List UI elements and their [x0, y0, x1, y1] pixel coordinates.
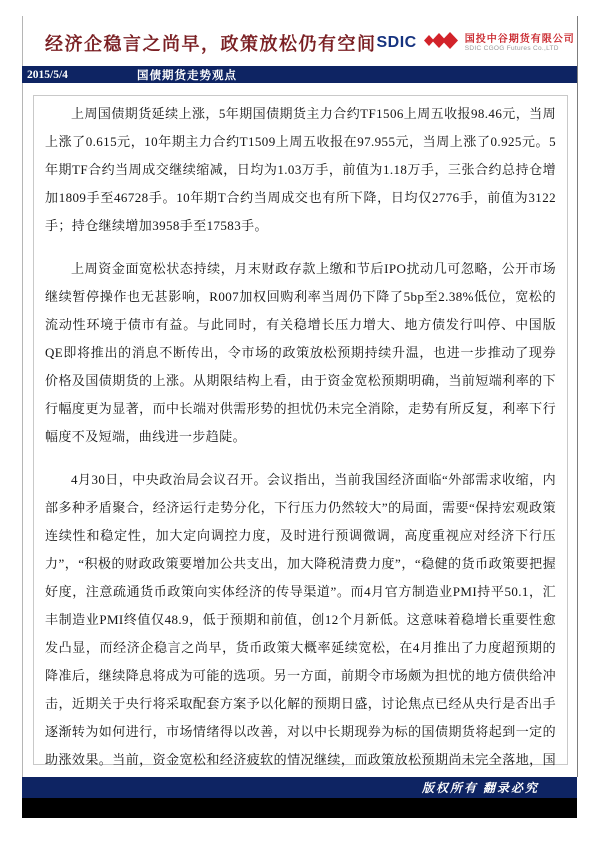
company-name-cn: 国投中谷期货有限公司 — [465, 34, 575, 46]
section-header-bar: 2015/5/4 国债期货走势观点 — [22, 66, 577, 83]
footer-bar: 版权所有 翻录必究 — [22, 777, 577, 798]
footer-black-bar — [22, 798, 577, 818]
report-page: 经济企稳言之尚早，政策放松仍有空间 SDIC 国投中谷期货有限公司 SDIC C… — [0, 0, 595, 842]
paragraph-market-review: 上周国债期货延续上涨，5年期国债期货主力合约TF1506上周五收报98.46元，… — [45, 100, 556, 240]
right-frame-line — [577, 16, 578, 777]
report-date: 2015/5/4 — [22, 69, 137, 81]
paragraph-politburo-outlook: 4月30日，中央政治局会议召开。会议指出，当前我国经济面临“外部需求收缩，内部多… — [45, 466, 556, 802]
company-names: 国投中谷期货有限公司 SDIC CGOG Futures Co.,LTD — [465, 34, 575, 53]
company-logo: SDIC 国投中谷期货有限公司 SDIC CGOG Futures Co.,LT… — [377, 31, 585, 56]
page-title: 经济企稳言之尚早，政策放松仍有空间 — [23, 30, 377, 56]
sdic-wordmark: SDIC — [377, 34, 417, 52]
red-diamonds-icon — [423, 31, 459, 56]
report-body-box: 上周国债期货延续上涨，5年期国债期货主力合约TF1506上周五收报98.46元，… — [33, 95, 568, 765]
title-row: 经济企稳言之尚早，政策放松仍有空间 SDIC 国投中谷期货有限公司 SDIC C… — [23, 22, 577, 64]
company-name-en: SDIC CGOG Futures Co.,LTD — [465, 45, 575, 52]
left-frame-line — [22, 16, 23, 777]
paragraph-liquidity-policy: 上周资金面宽松状态持续，月末财政存款上缴和节后IPO扰动几可忽略，公开市场继续暂… — [45, 255, 556, 451]
copyright-notice: 版权所有 翻录必究 — [422, 779, 577, 796]
section-title: 国债期货走势观点 — [137, 67, 237, 83]
